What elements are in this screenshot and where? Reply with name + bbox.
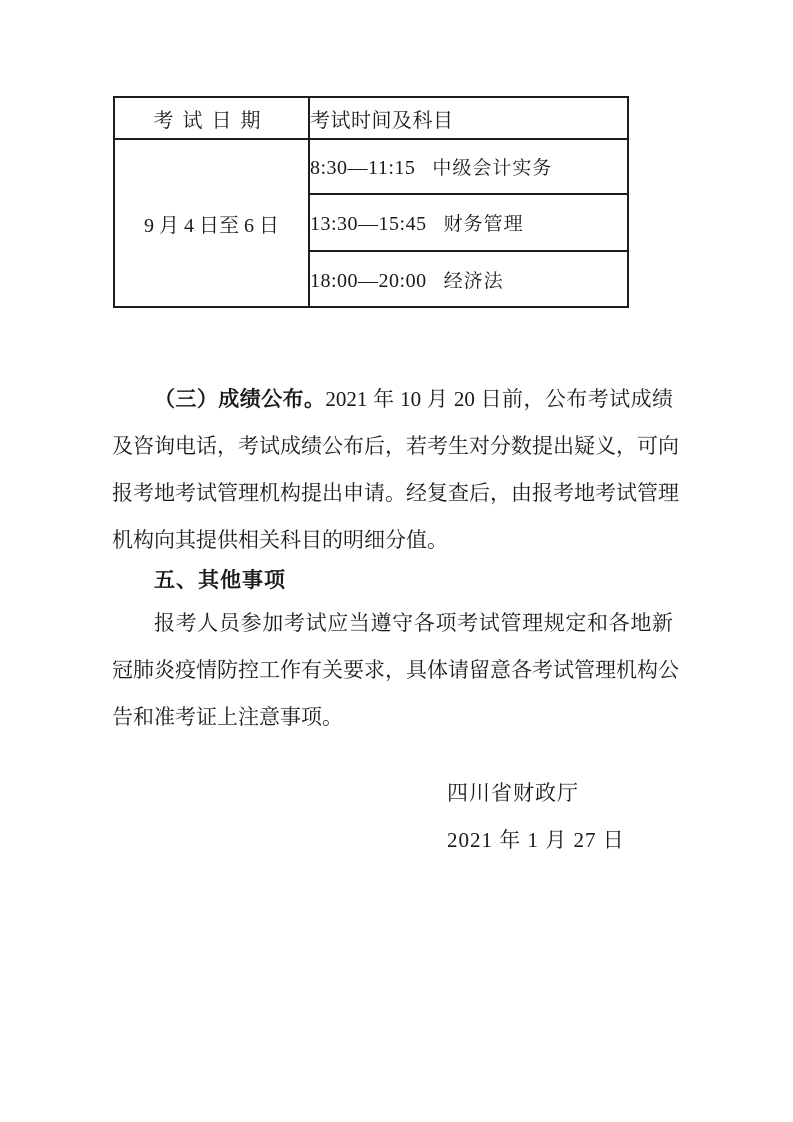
paragraph-line: 告和准考证上注意事项。 bbox=[112, 694, 673, 741]
score-release-line1-rest: 2021 年 10 月 20 日前，公布考试成绩 bbox=[325, 387, 673, 411]
session-time: 13:30—15:45 bbox=[310, 213, 427, 235]
signature-issuer: 四川省财政厅 bbox=[447, 770, 625, 817]
other-items-heading: 五、其他事项 bbox=[112, 557, 673, 604]
header-cell-exam-date: 考试日期 bbox=[114, 97, 309, 139]
paragraph-line: 及咨询电话，考试成绩公布后，若考生对分数提出疑义，可向 bbox=[112, 423, 673, 470]
session-subject: 经济法 bbox=[444, 271, 504, 292]
table-row: 9 月 4 日至 6 日 8:30—11:15中级会计实务 bbox=[114, 139, 628, 194]
paragraph-line: 冠肺炎疫情防控工作有关要求，具体请留意各考试管理机构公 bbox=[112, 647, 673, 694]
paragraph-line: （三）成绩公布。2021 年 10 月 20 日前，公布考试成绩 bbox=[112, 376, 673, 423]
exam-date-cell: 9 月 4 日至 6 日 bbox=[114, 139, 309, 307]
session-subject: 中级会计实务 bbox=[432, 158, 552, 179]
session-time: 18:00—20:00 bbox=[310, 270, 427, 292]
signature-date: 2021 年 1 月 27 日 bbox=[447, 817, 625, 864]
session-time: 8:30—11:15 bbox=[310, 157, 415, 179]
document-page: 考试日期 考试时间及科目 9 月 4 日至 6 日 8:30—11:15中级会计… bbox=[0, 0, 793, 1122]
session-subject: 财务管理 bbox=[444, 214, 524, 235]
header-cell-time-subject: 考试时间及科目 bbox=[309, 97, 628, 139]
paragraph-line: 报考地考试管理机构提出申请。经复查后，由报考地考试管理 bbox=[112, 470, 673, 517]
paragraph-line: 报考人员参加考试应当遵守各项考试管理规定和各地新 bbox=[112, 600, 673, 647]
session-cell-2: 13:30—15:45财务管理 bbox=[309, 194, 628, 251]
signature-block: 四川省财政厅 2021 年 1 月 27 日 bbox=[447, 770, 625, 864]
session-cell-3: 18:00—20:00经济法 bbox=[309, 251, 628, 307]
other-items-paragraph: 报考人员参加考试应当遵守各项考试管理规定和各地新 冠肺炎疫情防控工作有关要求，具… bbox=[112, 600, 673, 741]
session-cell-1: 8:30—11:15中级会计实务 bbox=[309, 139, 628, 194]
score-release-paragraph: （三）成绩公布。2021 年 10 月 20 日前，公布考试成绩 及咨询电话，考… bbox=[112, 376, 673, 564]
exam-schedule-table: 考试日期 考试时间及科目 9 月 4 日至 6 日 8:30—11:15中级会计… bbox=[113, 96, 629, 308]
score-release-lead: （三）成绩公布。 bbox=[154, 387, 325, 411]
table-header-row: 考试日期 考试时间及科目 bbox=[114, 97, 628, 139]
